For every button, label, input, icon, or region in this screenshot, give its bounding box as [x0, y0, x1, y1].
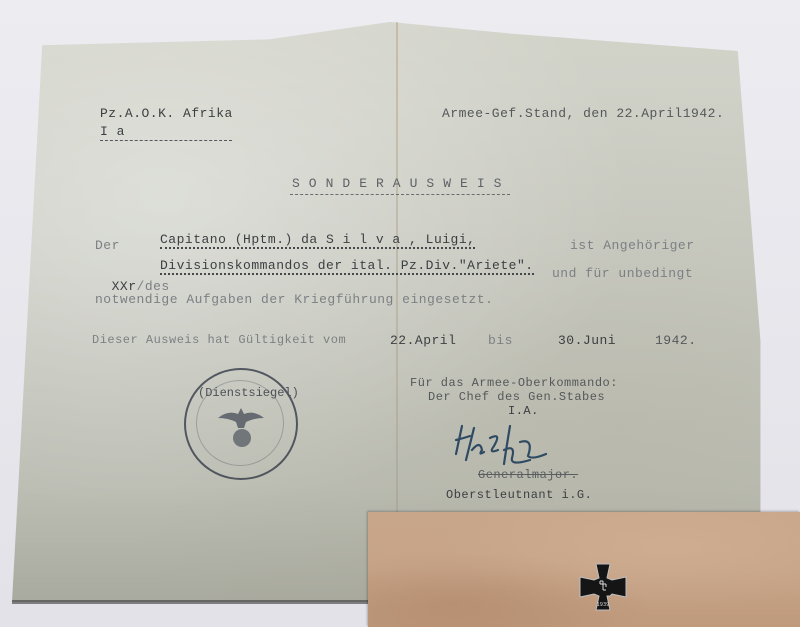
body-membership: ist Angehöriger	[570, 238, 695, 253]
eagle-emblem-icon	[214, 396, 268, 450]
signer-rank: Oberstleutnant i.G.	[446, 488, 592, 502]
iron-cross-icon: 1939	[578, 562, 628, 612]
body-des: XXr/des	[95, 264, 170, 294]
envelope: 1939	[368, 512, 800, 627]
paper-shadow	[12, 600, 368, 604]
body-der: Der	[95, 238, 120, 253]
header-place-date: Armee-Gef.Stand, den 22.April1942.	[442, 106, 724, 121]
unit-name: Divisionskommandos der ital. Pz.Div."Ari…	[160, 258, 534, 275]
valid-year: 1942.	[655, 333, 697, 348]
document-title: SONDERAUSWEIS	[292, 176, 510, 191]
valid-from: 22.April	[390, 333, 456, 348]
cross-year: 1939	[597, 602, 610, 608]
person-name: Capitano (Hptm.) da S i l v a , Luigi,	[160, 232, 475, 249]
signature-chief: Der Chef des Gen.Stabes	[428, 390, 605, 404]
struck-rank: Generalmajor.	[478, 468, 578, 482]
body-duty: notwendige Aufgaben der Kriegführung ein…	[95, 292, 493, 307]
signature-ia: I.A.	[508, 404, 539, 418]
valid-bis: bis	[488, 333, 513, 348]
header-department: I a	[100, 124, 232, 141]
title-underline	[290, 194, 510, 195]
validity-text: Dieser Ausweis hat Gültigkeit vom	[92, 333, 346, 347]
signature-for: Für das Armee-Oberkommando:	[410, 376, 618, 390]
seal-label: (Dienstsiegel)	[198, 386, 299, 400]
valid-to: 30.Juni	[558, 333, 616, 348]
header-unit: Pz.A.O.K. Afrika	[100, 106, 233, 121]
official-seal	[184, 368, 298, 480]
body-purpose: und für unbedingt	[552, 266, 693, 281]
